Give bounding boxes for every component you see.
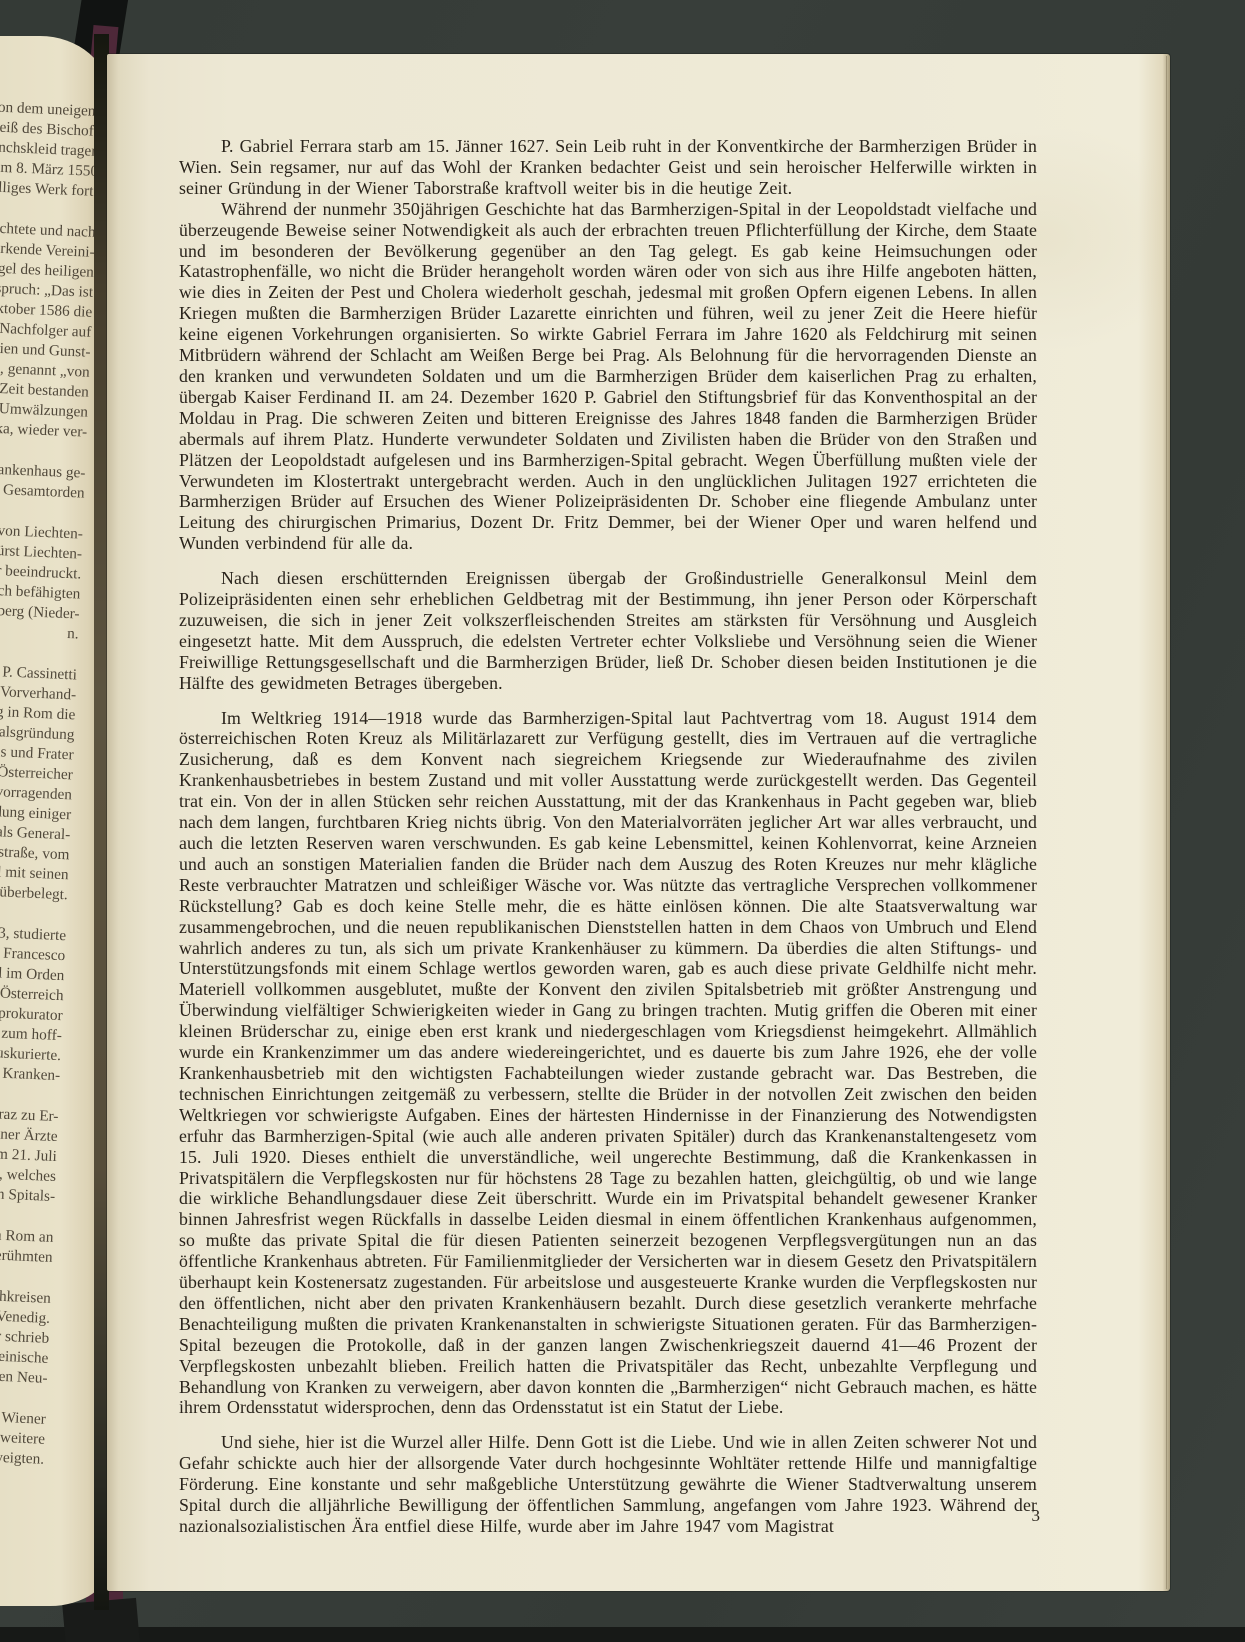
book-scan: uckt von dem uneigen-f Geheiß des Bischo… xyxy=(0,0,1245,1642)
text-fragment-group: bringen. P. Cassinettiingen alle Vorverh… xyxy=(0,654,77,906)
previous-page-text-line: ft errichtete und nach xyxy=(0,211,96,243)
text-fragment-group: a nach Graz zu Er-Ansicht seiner Ärzteif… xyxy=(0,1095,59,1207)
previous-page-text-line: gend nach Rom an xyxy=(0,1216,54,1248)
text-fragment-group: n Karl I. von Liechten-nmen. Fürst Liech… xyxy=(0,513,83,645)
paragraph: Nach diesen erschütternden Ereignissen ü… xyxy=(179,568,1037,693)
paragraph: Im Weltkrieg 1914—1918 wurde das Barmher… xyxy=(179,708,1037,1419)
page-number: 3 xyxy=(1032,1506,1041,1526)
book-board-edge xyxy=(0,1627,1245,1642)
previous-page-text-line: oren 1543, studierte xyxy=(0,915,66,947)
previous-page-text-line: uckt von dem uneigen- xyxy=(0,90,101,122)
paragraph: P. Gabriel Ferrara starb am 15. Jänner 1… xyxy=(179,136,1037,199)
paragraph: Während der nunmehr 350jährigen Geschich… xyxy=(179,199,1037,554)
book-page: P. Gabriel Ferrara starb am 15. Jänner 1… xyxy=(107,54,1170,1591)
text-fragment-group: oren 1543, studierten Urbino FrancescoP.… xyxy=(0,915,66,1087)
text-fragment-group: ft errichtete und nacheich wirkende Vere… xyxy=(0,211,96,443)
text-fragment-group: indung, dem Wienerändern noch weiterendu… xyxy=(0,1398,46,1470)
previous-page-text-line: indung, dem Wiener xyxy=(0,1398,46,1430)
previous-page-text: uckt von dem uneigen-f Geheiß des Bischo… xyxy=(0,90,101,1491)
text-fragment-group: gend nach Rom anrug dem berühmten xyxy=(0,1216,54,1268)
page-text: P. Gabriel Ferrara starb am 15. Jänner 1… xyxy=(179,136,1037,1537)
paragraph: Und siehe, hier ist die Wurzel aller Hil… xyxy=(179,1432,1037,1537)
text-fragment-group: uckt von dem uneigen-f Geheiß des Bischo… xyxy=(0,90,101,202)
previous-page-text-line: h ein in Fachkreisen xyxy=(0,1277,51,1309)
previous-page-text-line: bringen. P. Cassinetti xyxy=(0,654,77,686)
text-fragment-group: h ein in Fachkreisenampelle in Venedig.G… xyxy=(0,1277,51,1389)
previous-page-text-line: ein Krankenhaus ge- xyxy=(0,452,86,484)
previous-page-text-line: n Karl I. von Liechten- xyxy=(0,513,83,545)
text-fragment-group: ein Krankenhaus ge-für den Gesamtorden xyxy=(0,452,86,504)
previous-page-text-line: a nach Graz zu Er- xyxy=(0,1095,59,1127)
